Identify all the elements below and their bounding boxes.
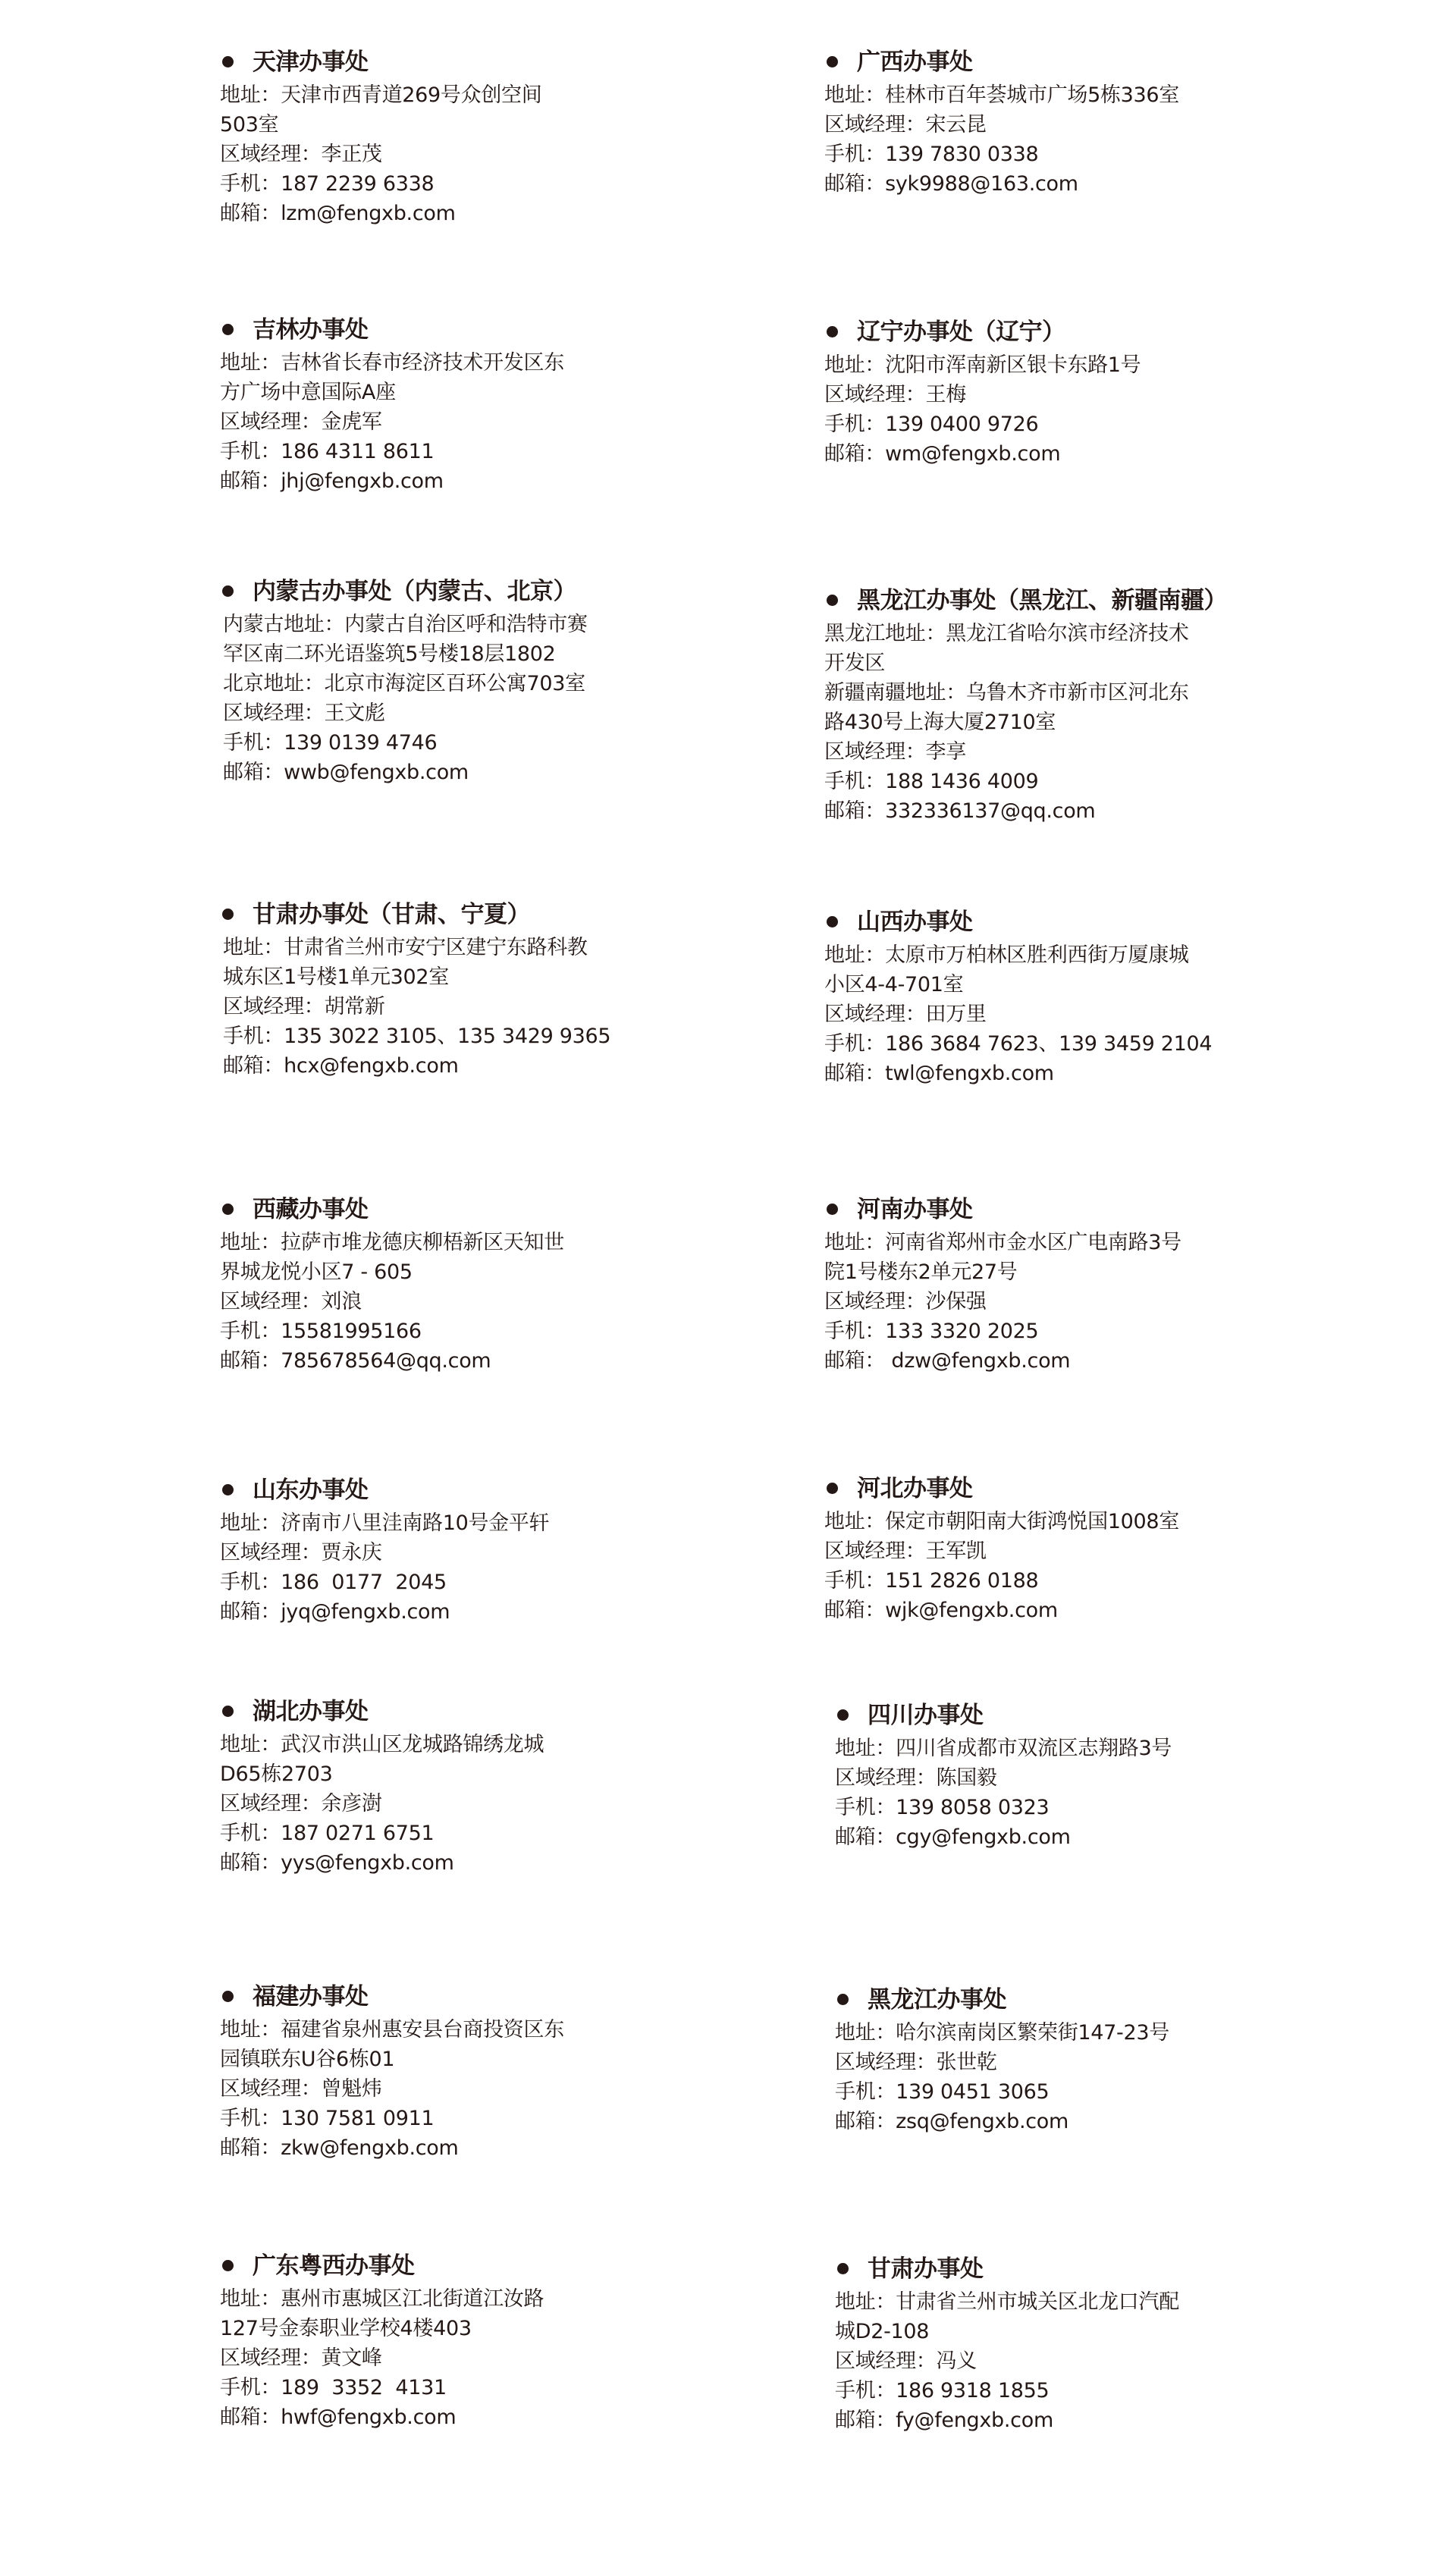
office-address: 地址：桂林市百年荟城市广场5栋336室	[824, 80, 1370, 110]
office-email[interactable]: 邮箱：twl@fengxb.com	[824, 1059, 1370, 1088]
office-title-text: 天津办事处	[253, 47, 369, 77]
bullet-icon	[827, 916, 838, 927]
office-phone[interactable]: 手机：139 8058 0323	[824, 1793, 1370, 1822]
office-phone[interactable]: 手机：187 2239 6338	[220, 169, 766, 199]
office-address: 地址：太原市万柏林区胜利西街万厦康城	[824, 940, 1370, 970]
office-phone[interactable]: 手机：15581995166	[220, 1317, 766, 1346]
office-card-guangxi: 广西办事处 地址：桂林市百年荟城市广场5栋336室 区域经理：宋云昆 手机：13…	[824, 47, 1370, 199]
office-card-sichuan: 四川办事处 地址：四川省成都市双流区志翔路3号 区域经理：陈国毅 手机：139 …	[824, 1700, 1370, 1852]
office-email[interactable]: 邮箱：cgy@fengxb.com	[824, 1822, 1370, 1852]
office-email[interactable]: 邮箱： dzw@fengxb.com	[824, 1346, 1370, 1376]
office-address: 地址：天津市西青道269号众创空间	[220, 80, 766, 110]
office-card-hebei: 河北办事处 地址：保定市朝阳南大街鸿悦国1008室 区域经理：王军凯 手机：15…	[824, 1474, 1370, 1625]
office-title: 四川办事处	[824, 1700, 1370, 1731]
bullet-icon	[827, 1204, 838, 1215]
office-manager: 区域经理：陈国毅	[824, 1763, 1370, 1793]
office-title-text: 广东粤西办事处	[253, 2251, 415, 2281]
office-phone[interactable]: 手机：151 2826 0188	[824, 1566, 1370, 1596]
office-email[interactable]: 邮箱：lzm@fengxb.com	[220, 199, 766, 228]
office-address-xinjiang: 新疆南疆地址：乌鲁木齐市新市区河北东	[824, 678, 1370, 708]
office-title: 河南办事处	[824, 1194, 1370, 1225]
bullet-icon	[222, 56, 234, 67]
office-email[interactable]: 邮箱：jhj@fengxb.com	[220, 466, 766, 496]
office-address: 地址：济南市八里洼南路10号金平轩	[220, 1508, 766, 1538]
office-address: 地址：保定市朝阳南大街鸿悦国1008室	[824, 1507, 1370, 1536]
office-title-text: 山东办事处	[253, 1475, 369, 1505]
office-card-xizang: 西藏办事处 地址：拉萨市堆龙德庆柳梧新区天知世 界城龙悦小区7 - 605 区域…	[220, 1194, 766, 1376]
bullet-icon	[827, 326, 838, 337]
office-title-text: 黑龙江办事处（黑龙江、新疆南疆）	[857, 585, 1227, 616]
office-title: 黑龙江办事处	[824, 1985, 1370, 2015]
office-manager: 区域经理：李享	[824, 737, 1370, 767]
office-title-text: 广西办事处	[857, 47, 973, 77]
office-address: 地址：哈尔滨南岗区繁荣街147-23号	[824, 2018, 1370, 2048]
office-title-text: 西藏办事处	[253, 1194, 369, 1225]
bullet-icon	[837, 1994, 849, 2005]
office-address: 地址：甘肃省兰州市城关区北龙口汽配	[824, 2287, 1370, 2317]
office-title-text: 福建办事处	[253, 1982, 369, 2012]
office-manager: 区域经理：王文彪	[220, 698, 766, 728]
office-phone[interactable]: 手机：139 0400 9726	[824, 410, 1370, 439]
office-address: 地址：四川省成都市双流区志翔路3号	[824, 1734, 1370, 1763]
office-manager: 区域经理：贾永庆	[220, 1538, 766, 1568]
bullet-icon	[222, 1484, 234, 1495]
office-phone[interactable]: 手机：189 3352 4131	[220, 2373, 766, 2403]
office-manager: 区域经理：冯义	[824, 2346, 1370, 2376]
office-title-text: 内蒙古办事处（内蒙古、北京）	[253, 576, 576, 607]
office-manager: 区域经理：余彦澍	[220, 1789, 766, 1819]
office-address-cont: D65栋2703	[220, 1759, 766, 1789]
office-title-text: 黑龙江办事处	[868, 1985, 1006, 2015]
office-title: 广西办事处	[824, 47, 1370, 77]
office-title: 内蒙古办事处（内蒙古、北京）	[220, 576, 766, 607]
office-title: 甘肃办事处（甘肃、宁夏）	[220, 899, 766, 930]
office-title-text: 四川办事处	[868, 1700, 984, 1731]
office-address: 地址：吉林省长春市经济技术开发区东	[220, 348, 766, 378]
bullet-icon	[222, 1706, 234, 1717]
office-phone[interactable]: 手机：186 4311 8611	[220, 437, 766, 466]
office-phone[interactable]: 手机：135 3022 3105、135 3429 9365	[220, 1022, 766, 1051]
office-manager: 区域经理：田万里	[824, 1000, 1370, 1029]
office-email[interactable]: 邮箱：wm@fengxb.com	[824, 439, 1370, 469]
office-address: 地址：拉萨市堆龙德庆柳梧新区天知世	[220, 1228, 766, 1257]
office-title: 福建办事处	[220, 1982, 766, 2012]
office-phone[interactable]: 手机：186 9318 1855	[824, 2376, 1370, 2406]
office-title-text: 甘肃办事处（甘肃、宁夏）	[253, 899, 530, 930]
office-address-cont: 园镇联东U谷6栋01	[220, 2045, 766, 2074]
office-phone[interactable]: 手机：139 7830 0338	[824, 140, 1370, 169]
office-address: 地址：福建省泉州惠安县台商投资区东	[220, 2015, 766, 2045]
bullet-icon	[827, 1483, 838, 1494]
office-address: 地址：惠州市惠城区江北街道江汝路	[220, 2284, 766, 2314]
office-card-gansu-ningxia: 甘肃办事处（甘肃、宁夏） 地址：甘肃省兰州市安宁区建宁东路科教 城东区1号楼1单…	[220, 899, 766, 1081]
office-title-text: 辽宁办事处（辽宁）	[857, 317, 1065, 347]
office-address: 地址：河南省郑州市金水区广电南路3号	[824, 1228, 1370, 1257]
office-email[interactable]: 邮箱：wwb@fengxb.com	[220, 758, 766, 787]
office-title: 广东粤西办事处	[220, 2251, 766, 2281]
office-phone[interactable]: 手机：186 3684 7623、139 3459 2104	[824, 1029, 1370, 1059]
office-email[interactable]: 邮箱：yys@fengxb.com	[220, 1848, 766, 1878]
office-address-cont: 城D2-108	[824, 2317, 1370, 2346]
office-phone[interactable]: 手机：188 1436 4009	[824, 767, 1370, 796]
office-phone[interactable]: 手机：186 0177 2045	[220, 1568, 766, 1597]
office-title: 山西办事处	[824, 907, 1370, 937]
bullet-icon	[222, 585, 234, 597]
office-address-cont: 小区4-4-701室	[824, 970, 1370, 1000]
office-manager: 区域经理：沙保强	[824, 1287, 1370, 1317]
office-address-cont: 开发区	[824, 648, 1370, 678]
office-title: 山东办事处	[220, 1475, 766, 1505]
bullet-icon	[827, 595, 838, 606]
bullet-icon	[222, 1204, 234, 1215]
office-address-cont: 503室	[220, 110, 766, 140]
office-email[interactable]: 邮箱：wjk@fengxb.com	[824, 1596, 1370, 1625]
office-manager: 区域经理：张世乾	[824, 2048, 1370, 2077]
office-email[interactable]: 邮箱：hwf@fengxb.com	[220, 2403, 766, 2432]
office-title-text: 吉林办事处	[253, 315, 369, 345]
office-manager: 区域经理：刘浪	[220, 1287, 766, 1317]
office-email[interactable]: 邮箱：jyq@fengxb.com	[220, 1597, 766, 1627]
office-title: 辽宁办事处（辽宁）	[824, 317, 1370, 347]
office-card-hubei: 湖北办事处 地址：武汉市洪山区龙城路锦绣龙城 D65栋2703 区域经理：余彦澍…	[220, 1696, 766, 1878]
bullet-icon	[222, 2260, 234, 2271]
bullet-icon	[827, 56, 838, 67]
office-manager: 区域经理：李正茂	[220, 140, 766, 169]
office-card-neimenggu: 内蒙古办事处（内蒙古、北京） 内蒙古地址：内蒙古自治区呼和浩特市赛 罕区南二环光…	[220, 576, 766, 787]
office-title: 黑龙江办事处（黑龙江、新疆南疆）	[824, 585, 1370, 616]
office-address-cont: 城东区1号楼1单元302室	[220, 962, 766, 992]
office-email[interactable]: 邮箱：332336137@qq.com	[824, 796, 1370, 826]
office-email[interactable]: 邮箱：785678564@qq.com	[220, 1346, 766, 1376]
office-address-cont: 方广场中意国际A座	[220, 378, 766, 407]
bullet-icon	[222, 1991, 234, 2002]
office-address-cont: 127号金泰职业学校4楼403	[220, 2314, 766, 2343]
office-card-gansu: 甘肃办事处 地址：甘肃省兰州市城关区北龙口汽配 城D2-108 区域经理：冯义 …	[824, 2254, 1370, 2435]
office-address-beijing: 北京地址：北京市海淀区百环公寓703室	[220, 669, 766, 698]
office-card-guangdong-yuexi: 广东粤西办事处 地址：惠州市惠城区江北街道江汝路 127号金泰职业学校4楼403…	[220, 2251, 766, 2432]
office-card-heilongjiang-xinjiang: 黑龙江办事处（黑龙江、新疆南疆） 黑龙江地址：黑龙江省哈尔滨市经济技术 开发区 …	[824, 585, 1370, 826]
office-title-text: 河南办事处	[857, 1194, 973, 1225]
office-address-cont: 罕区南二环光语鉴筑5号楼18层1802	[220, 639, 766, 669]
office-manager: 区域经理：胡常新	[220, 992, 766, 1022]
office-email[interactable]: 邮箱：zsq@fengxb.com	[824, 2107, 1370, 2136]
office-title: 天津办事处	[220, 47, 766, 77]
office-address: 地址：沈阳市浑南新区银卡东路1号	[824, 350, 1370, 380]
office-title-text: 山西办事处	[857, 907, 973, 937]
office-title: 河北办事处	[824, 1474, 1370, 1504]
office-title-text: 河北办事处	[857, 1474, 973, 1504]
office-address: 地址：武汉市洪山区龙城路锦绣龙城	[220, 1730, 766, 1759]
office-card-jilin: 吉林办事处 地址：吉林省长春市经济技术开发区东 方广场中意国际A座 区域经理：金…	[220, 315, 766, 496]
office-email[interactable]: 邮箱：zkw@fengxb.com	[220, 2133, 766, 2163]
office-title: 吉林办事处	[220, 315, 766, 345]
bullet-icon	[837, 2263, 849, 2274]
office-address-cont: 院1号楼东2单元27号	[824, 1257, 1370, 1287]
office-phone[interactable]: 手机：187 0271 6751	[220, 1819, 766, 1848]
office-card-shanxi: 山西办事处 地址：太原市万柏林区胜利西街万厦康城 小区4-4-701室 区域经理…	[824, 907, 1370, 1088]
office-email[interactable]: 邮箱：syk9988@163.com	[824, 169, 1370, 199]
office-title: 西藏办事处	[220, 1194, 766, 1225]
office-phone[interactable]: 手机：139 0139 4746	[220, 728, 766, 758]
office-manager: 区域经理：曾魁炜	[220, 2074, 766, 2104]
office-phone[interactable]: 手机：139 0451 3065	[824, 2077, 1370, 2107]
office-title-text: 湖北办事处	[253, 1696, 369, 1727]
office-email[interactable]: 邮箱：fy@fengxb.com	[824, 2406, 1370, 2435]
office-manager: 区域经理：宋云昆	[824, 110, 1370, 140]
office-card-fujian: 福建办事处 地址：福建省泉州惠安县台商投资区东 园镇联东U谷6栋01 区域经理：…	[220, 1982, 766, 2163]
office-manager: 区域经理：王军凯	[824, 1536, 1370, 1566]
office-phone[interactable]: 手机：130 7581 0911	[220, 2104, 766, 2133]
bullet-icon	[222, 909, 234, 920]
office-card-heilongjiang: 黑龙江办事处 地址：哈尔滨南岗区繁荣街147-23号 区域经理：张世乾 手机：1…	[824, 1985, 1370, 2136]
office-address-heilongjiang: 黑龙江地址：黑龙江省哈尔滨市经济技术	[824, 619, 1370, 648]
office-title-text: 甘肃办事处	[868, 2254, 984, 2284]
office-address-cont: 路430号上海大厦2710室	[824, 708, 1370, 737]
office-manager: 区域经理：王梅	[824, 380, 1370, 410]
office-email[interactable]: 邮箱：hcx@fengxb.com	[220, 1051, 766, 1081]
office-title: 甘肃办事处	[824, 2254, 1370, 2284]
office-address-neimenggu: 内蒙古地址：内蒙古自治区呼和浩特市赛	[220, 610, 766, 639]
bullet-icon	[222, 324, 234, 335]
office-phone[interactable]: 手机：133 3320 2025	[824, 1317, 1370, 1346]
office-card-liaoning: 辽宁办事处（辽宁） 地址：沈阳市浑南新区银卡东路1号 区域经理：王梅 手机：13…	[824, 317, 1370, 469]
office-manager: 区域经理：金虎军	[220, 407, 766, 437]
office-card-tianjin: 天津办事处 地址：天津市西青道269号众创空间 503室 区域经理：李正茂 手机…	[220, 47, 766, 228]
office-address-cont: 界城龙悦小区7 - 605	[220, 1257, 766, 1287]
office-card-shandong: 山东办事处 地址：济南市八里洼南路10号金平轩 区域经理：贾永庆 手机：186 …	[220, 1475, 766, 1627]
office-manager: 区域经理：黄文峰	[220, 2343, 766, 2373]
bullet-icon	[837, 1709, 849, 1721]
office-card-henan: 河南办事处 地址：河南省郑州市金水区广电南路3号 院1号楼东2单元27号 区域经…	[824, 1194, 1370, 1376]
office-title: 湖北办事处	[220, 1696, 766, 1727]
office-address: 地址：甘肃省兰州市安宁区建宁东路科教	[220, 933, 766, 962]
